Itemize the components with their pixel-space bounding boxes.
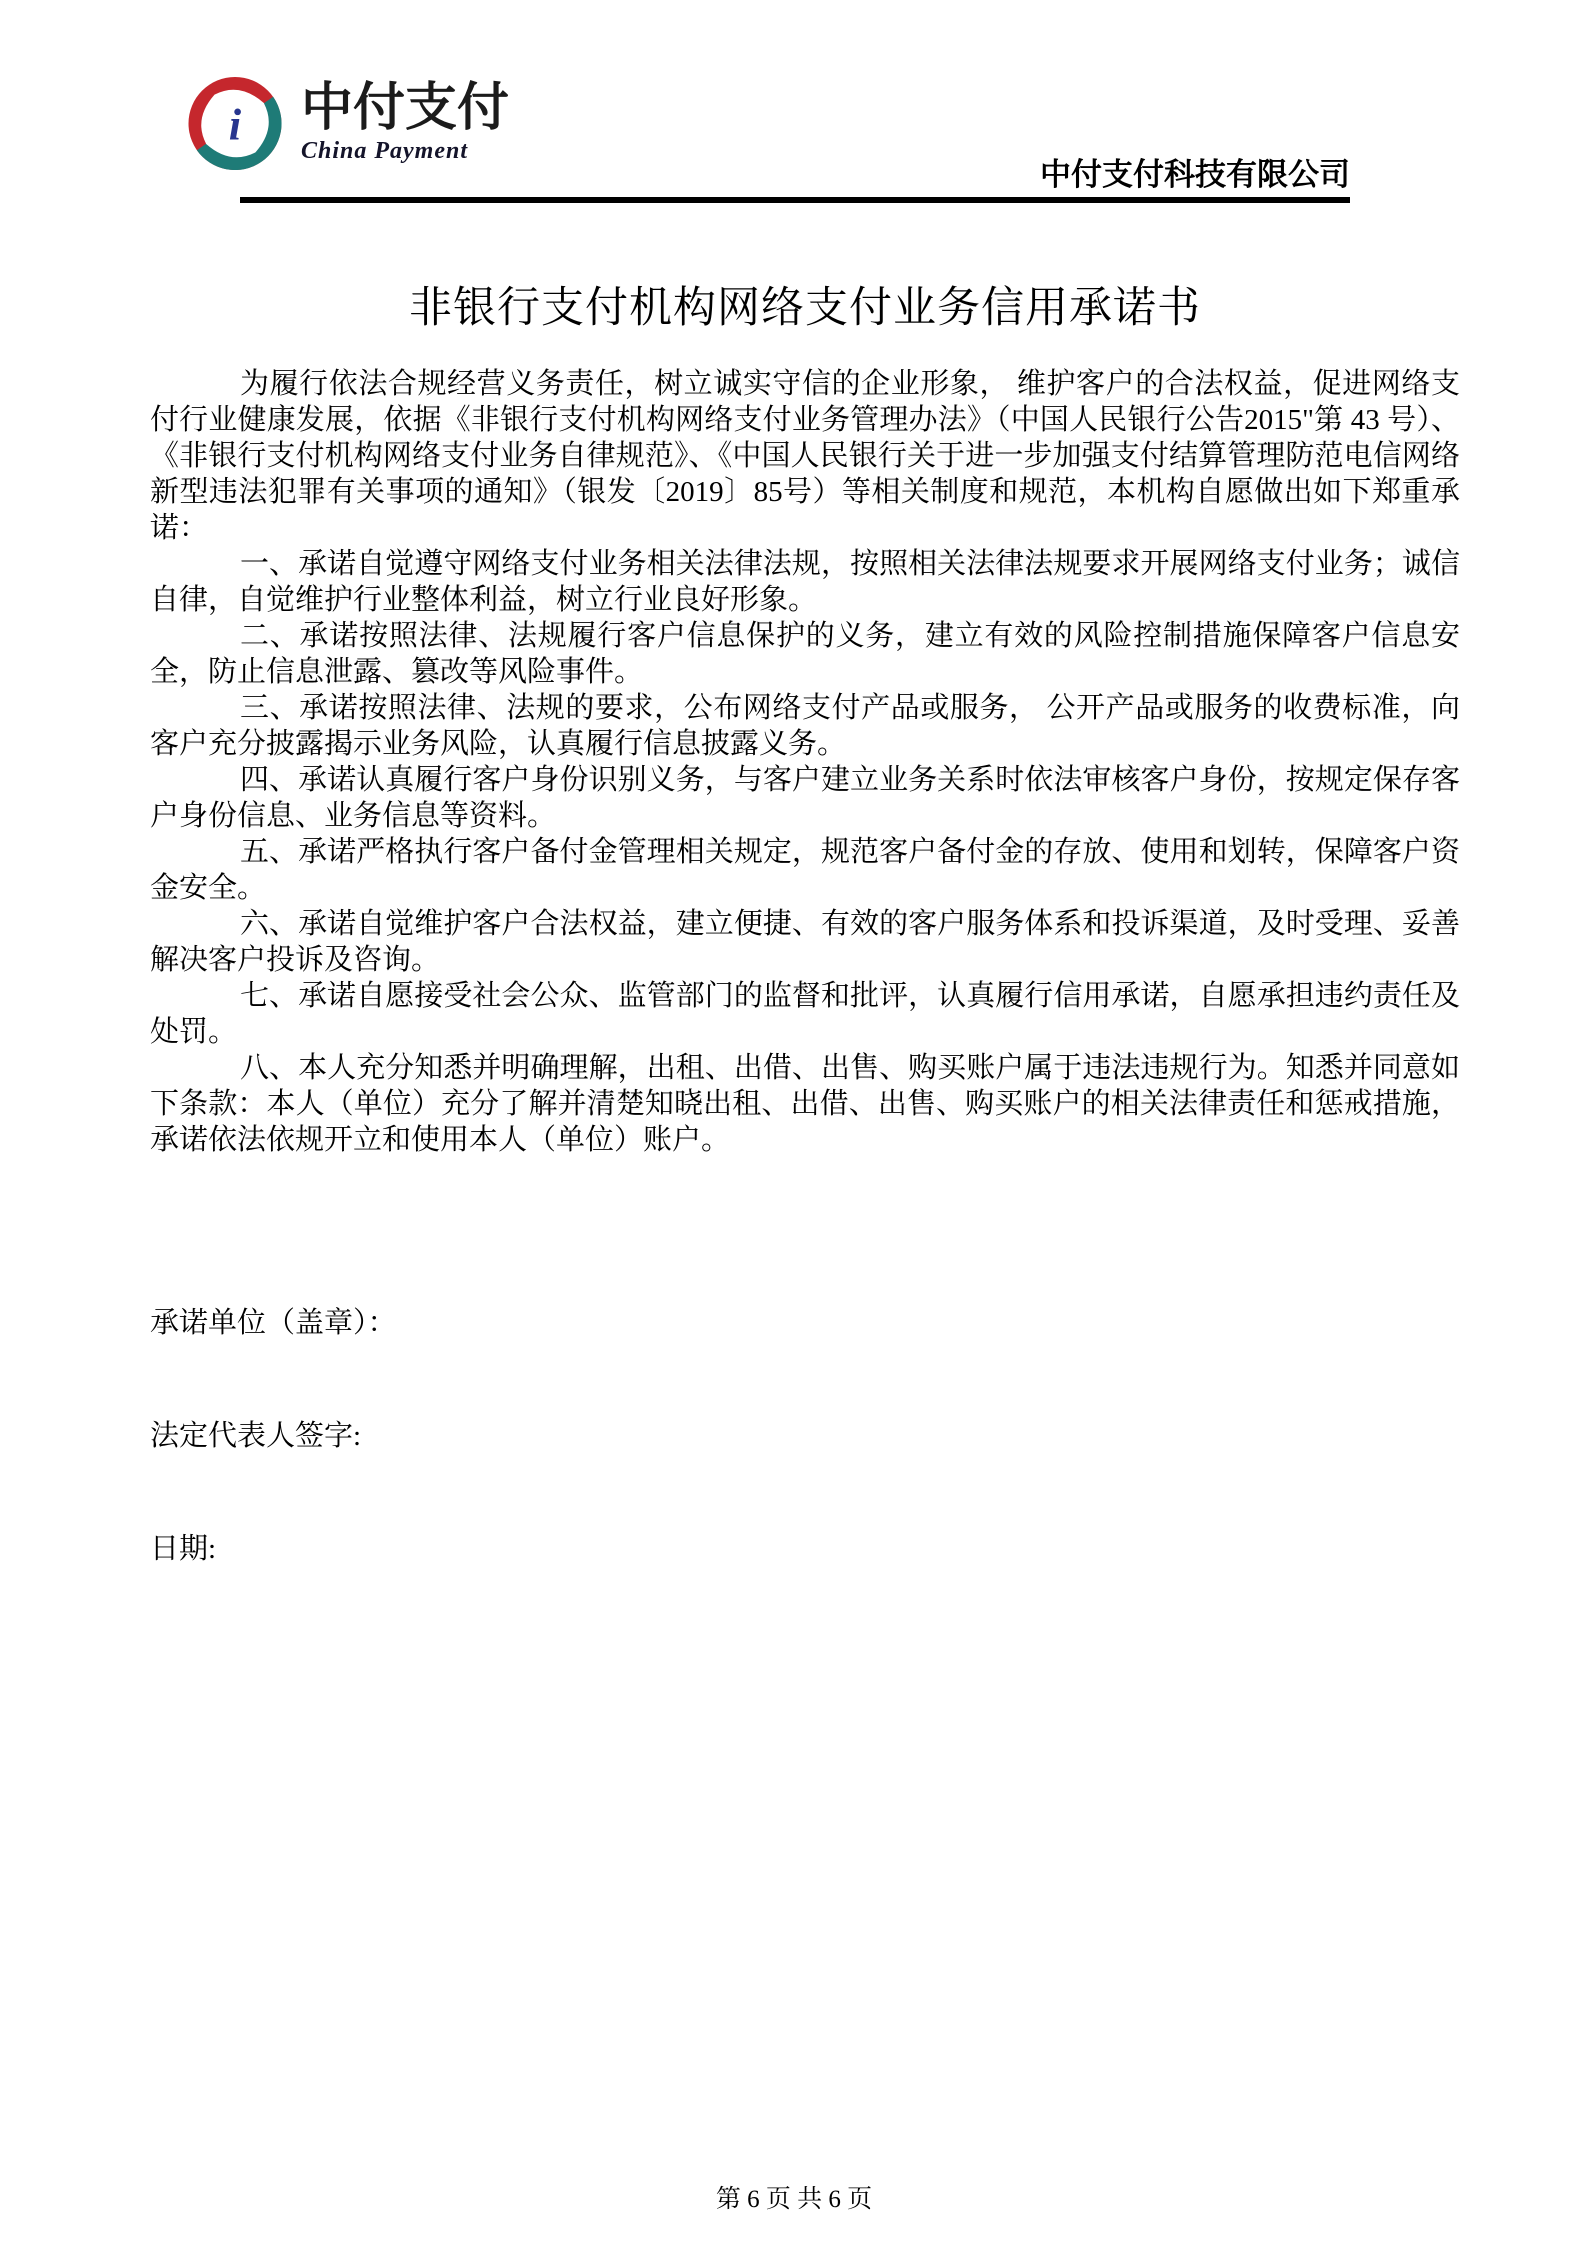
paragraph-item-7: 七、承诺自愿接受社会公众、监管部门的监督和批评，认真履行信用承诺，自愿承担违约责… xyxy=(150,978,1460,1050)
paragraph-item-3: 三、承诺按照法律、法规的要求，公布网络支付产品或服务， 公开产品或服务的收费标准… xyxy=(150,690,1460,762)
paragraph-item-8: 八、本人充分知悉并明确理解，出租、出借、出售、购买账户属于违法违规行为。知悉并同… xyxy=(150,1050,1460,1158)
logo-title: 中付支付 xyxy=(301,80,509,137)
paragraph-item-4: 四、承诺认真履行客户身份识别义务，与客户建立业务关系时依法审核客户身份，按规定保… xyxy=(150,762,1460,834)
signature-block: 承诺单位（盖章）： 法定代表人签字: 日期: xyxy=(150,1305,1460,1567)
paragraph-item-1: 一、承诺自觉遵守网络支付业务相关法律法规，按照相关法律法规要求开展网络支付业务；… xyxy=(150,546,1460,618)
signature-legal-rep-label: 法定代表人签字: xyxy=(150,1418,1460,1454)
china-payment-logo: 中付支付 China Payment xyxy=(301,80,509,165)
signature-date-label: 日期: xyxy=(150,1531,1460,1567)
document-title: 非银行支付机构网络支付业务信用承诺书 xyxy=(150,274,1460,335)
paragraph-item-5: 五、承诺严格执行客户备付金管理相关规定，规范客户备付金的存放、使用和划转，保障客… xyxy=(150,834,1460,906)
page-number: 第 6 页 共 6 页 xyxy=(716,2186,872,2213)
signature-unit-label: 承诺单位（盖章）： xyxy=(150,1305,1460,1341)
document-page: i 中付支付 China Payment 中付支付科技有限公司 非银行支付机构网… xyxy=(0,0,1588,2245)
document-body: 为履行依法合规经营义务责任，树立诚实守信的企业形象， 维护客户的合法权益，促进网… xyxy=(150,366,1460,1158)
header-company-name: 中付支付科技有限公司 xyxy=(0,157,1350,193)
paragraph-intro: 为履行依法合规经营义务责任，树立诚实守信的企业形象， 维护客户的合法权益，促进网… xyxy=(150,366,1460,546)
header-rule xyxy=(240,197,1350,203)
logo-i-letter: i xyxy=(229,99,242,149)
paragraph-item-2: 二、承诺按照法律、法规履行客户信息保护的义务，建立有效的风险控制措施保障客户信息… xyxy=(150,618,1460,690)
page-footer: 第 6 页 共 6 页 xyxy=(0,2185,1588,2215)
paragraph-item-6: 六、承诺自觉维护客户合法权益，建立便捷、有效的客户服务体系和投诉渠道，及时受理、… xyxy=(150,906,1460,978)
